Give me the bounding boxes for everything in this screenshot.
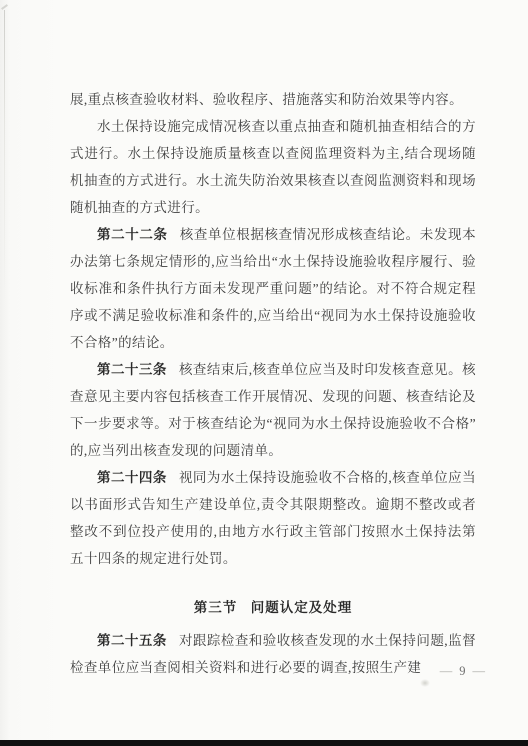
scan-smudge-artifact	[420, 679, 430, 687]
page-number: —9—	[433, 663, 492, 679]
section-heading-number: 第三节	[194, 600, 238, 615]
scan-left-edge	[4, 10, 5, 300]
page-number-dash-left: —	[440, 664, 453, 678]
scan-bottom-edge	[0, 740, 528, 746]
article-25-number: 第二十五条	[97, 633, 167, 648]
paragraph-continuation-text: 展,重点核查验收材料、验收程序、措施落实和防治效果等内容。	[70, 92, 463, 107]
article-22-text: 核查单位根据核查情况形成核查结论。未发现本办法第七条规定情形的,应当给出“水土保…	[70, 227, 476, 350]
article-24: 第二十四条视同为水土保持设施验收不合格的,核查单位应当以书面形式告知生产建设单位…	[70, 464, 476, 572]
article-22-number: 第二十二条	[97, 227, 168, 242]
section-heading: 第三节问题认定及处理	[70, 594, 476, 621]
paragraph-inspection-methods: 水土保持设施完成情况核查以重点抽查和随机抽查相结合的方式进行。水土保持设施质量核…	[70, 113, 476, 221]
scanned-document-page: 展,重点核查验收材料、验收程序、措施落实和防治效果等内容。 水土保持设施完成情况…	[0, 0, 528, 746]
article-24-number: 第二十四条	[97, 470, 167, 485]
paragraph-continuation: 展,重点核查验收材料、验收程序、措施落实和防治效果等内容。	[70, 86, 476, 113]
section-heading-title: 问题认定及处理	[251, 600, 353, 615]
page-content: 展,重点核查验收材料、验收程序、措施落实和防治效果等内容。 水土保持设施完成情况…	[70, 86, 476, 681]
article-25: 第二十五条对跟踪检查和验收核查发现的水土保持问题,监督检查单位应当查阅相关资料和…	[70, 627, 476, 681]
article-23-number: 第二十三条	[97, 362, 167, 377]
article-22: 第二十二条核查单位根据核查情况形成核查结论。未发现本办法第七条规定情形的,应当给…	[70, 221, 476, 356]
page-number-dash-right: —	[473, 664, 486, 678]
article-23: 第二十三条核查结束后,核查单位应当及时印发核查意见。核查意见主要内容包括核查工作…	[70, 356, 476, 464]
scan-corner-artifact	[1, 4, 8, 10]
paragraph-inspection-methods-text: 水土保持设施完成情况核查以重点抽查和随机抽查相结合的方式进行。水土保持设施质量核…	[70, 119, 476, 215]
page-number-value: 9	[459, 664, 465, 678]
